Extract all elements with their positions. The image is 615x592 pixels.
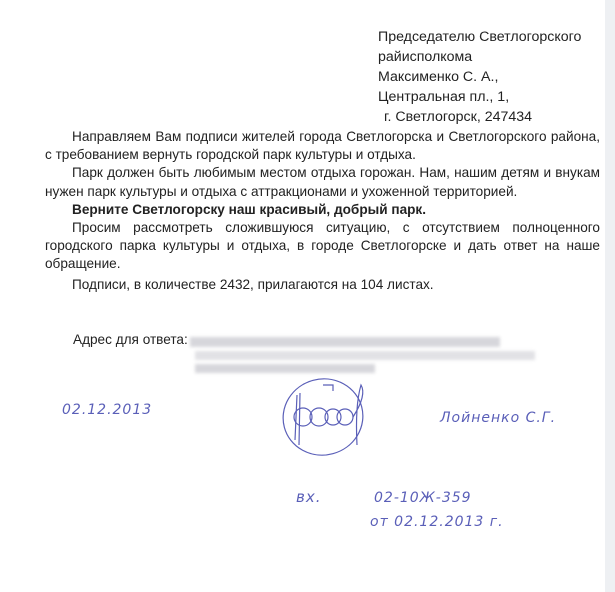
paragraph: Просим рассмотреть сложившуюся ситуацию,… xyxy=(45,219,600,274)
page-edge xyxy=(605,0,615,592)
reply-address-label: Адрес для ответа: xyxy=(73,332,188,347)
handwritten-signature-name: Лойненко С.Г. xyxy=(440,410,556,426)
incoming-date: от 02.12.2013 г. xyxy=(370,514,504,530)
addressee-line: Центральная пл., 1, xyxy=(378,87,581,107)
handwritten-date: 02.12.2013 xyxy=(62,402,152,418)
paragraph: Парк должен быть любимым местом отдыха г… xyxy=(45,164,600,200)
document-page: Председателю Светлогорского райисполкома… xyxy=(0,0,605,592)
addressee-line: Максименко С. А., xyxy=(378,67,581,87)
addressee-line: райисполкома xyxy=(378,47,581,67)
incoming-prefix: вх. xyxy=(296,488,322,506)
paragraph: Подписи, в количестве 2432, прилагаются … xyxy=(45,276,600,294)
paragraph: Направляем Вам подписи жителей города Св… xyxy=(45,128,600,164)
signature-scribble-icon xyxy=(275,375,385,465)
paragraph-emphasis: Верните Светлогорску наш красивый, добры… xyxy=(45,201,600,219)
addressee-block: Председателю Светлогорского райисполкома… xyxy=(378,27,581,127)
letter-body: Направляем Вам подписи жителей города Св… xyxy=(45,128,600,294)
addressee-line: Председателю Светлогорского xyxy=(378,27,581,47)
addressee-line: г. Светлогорск, 247434 xyxy=(378,107,581,127)
incoming-number: 02-10Ж-359 xyxy=(374,490,472,506)
